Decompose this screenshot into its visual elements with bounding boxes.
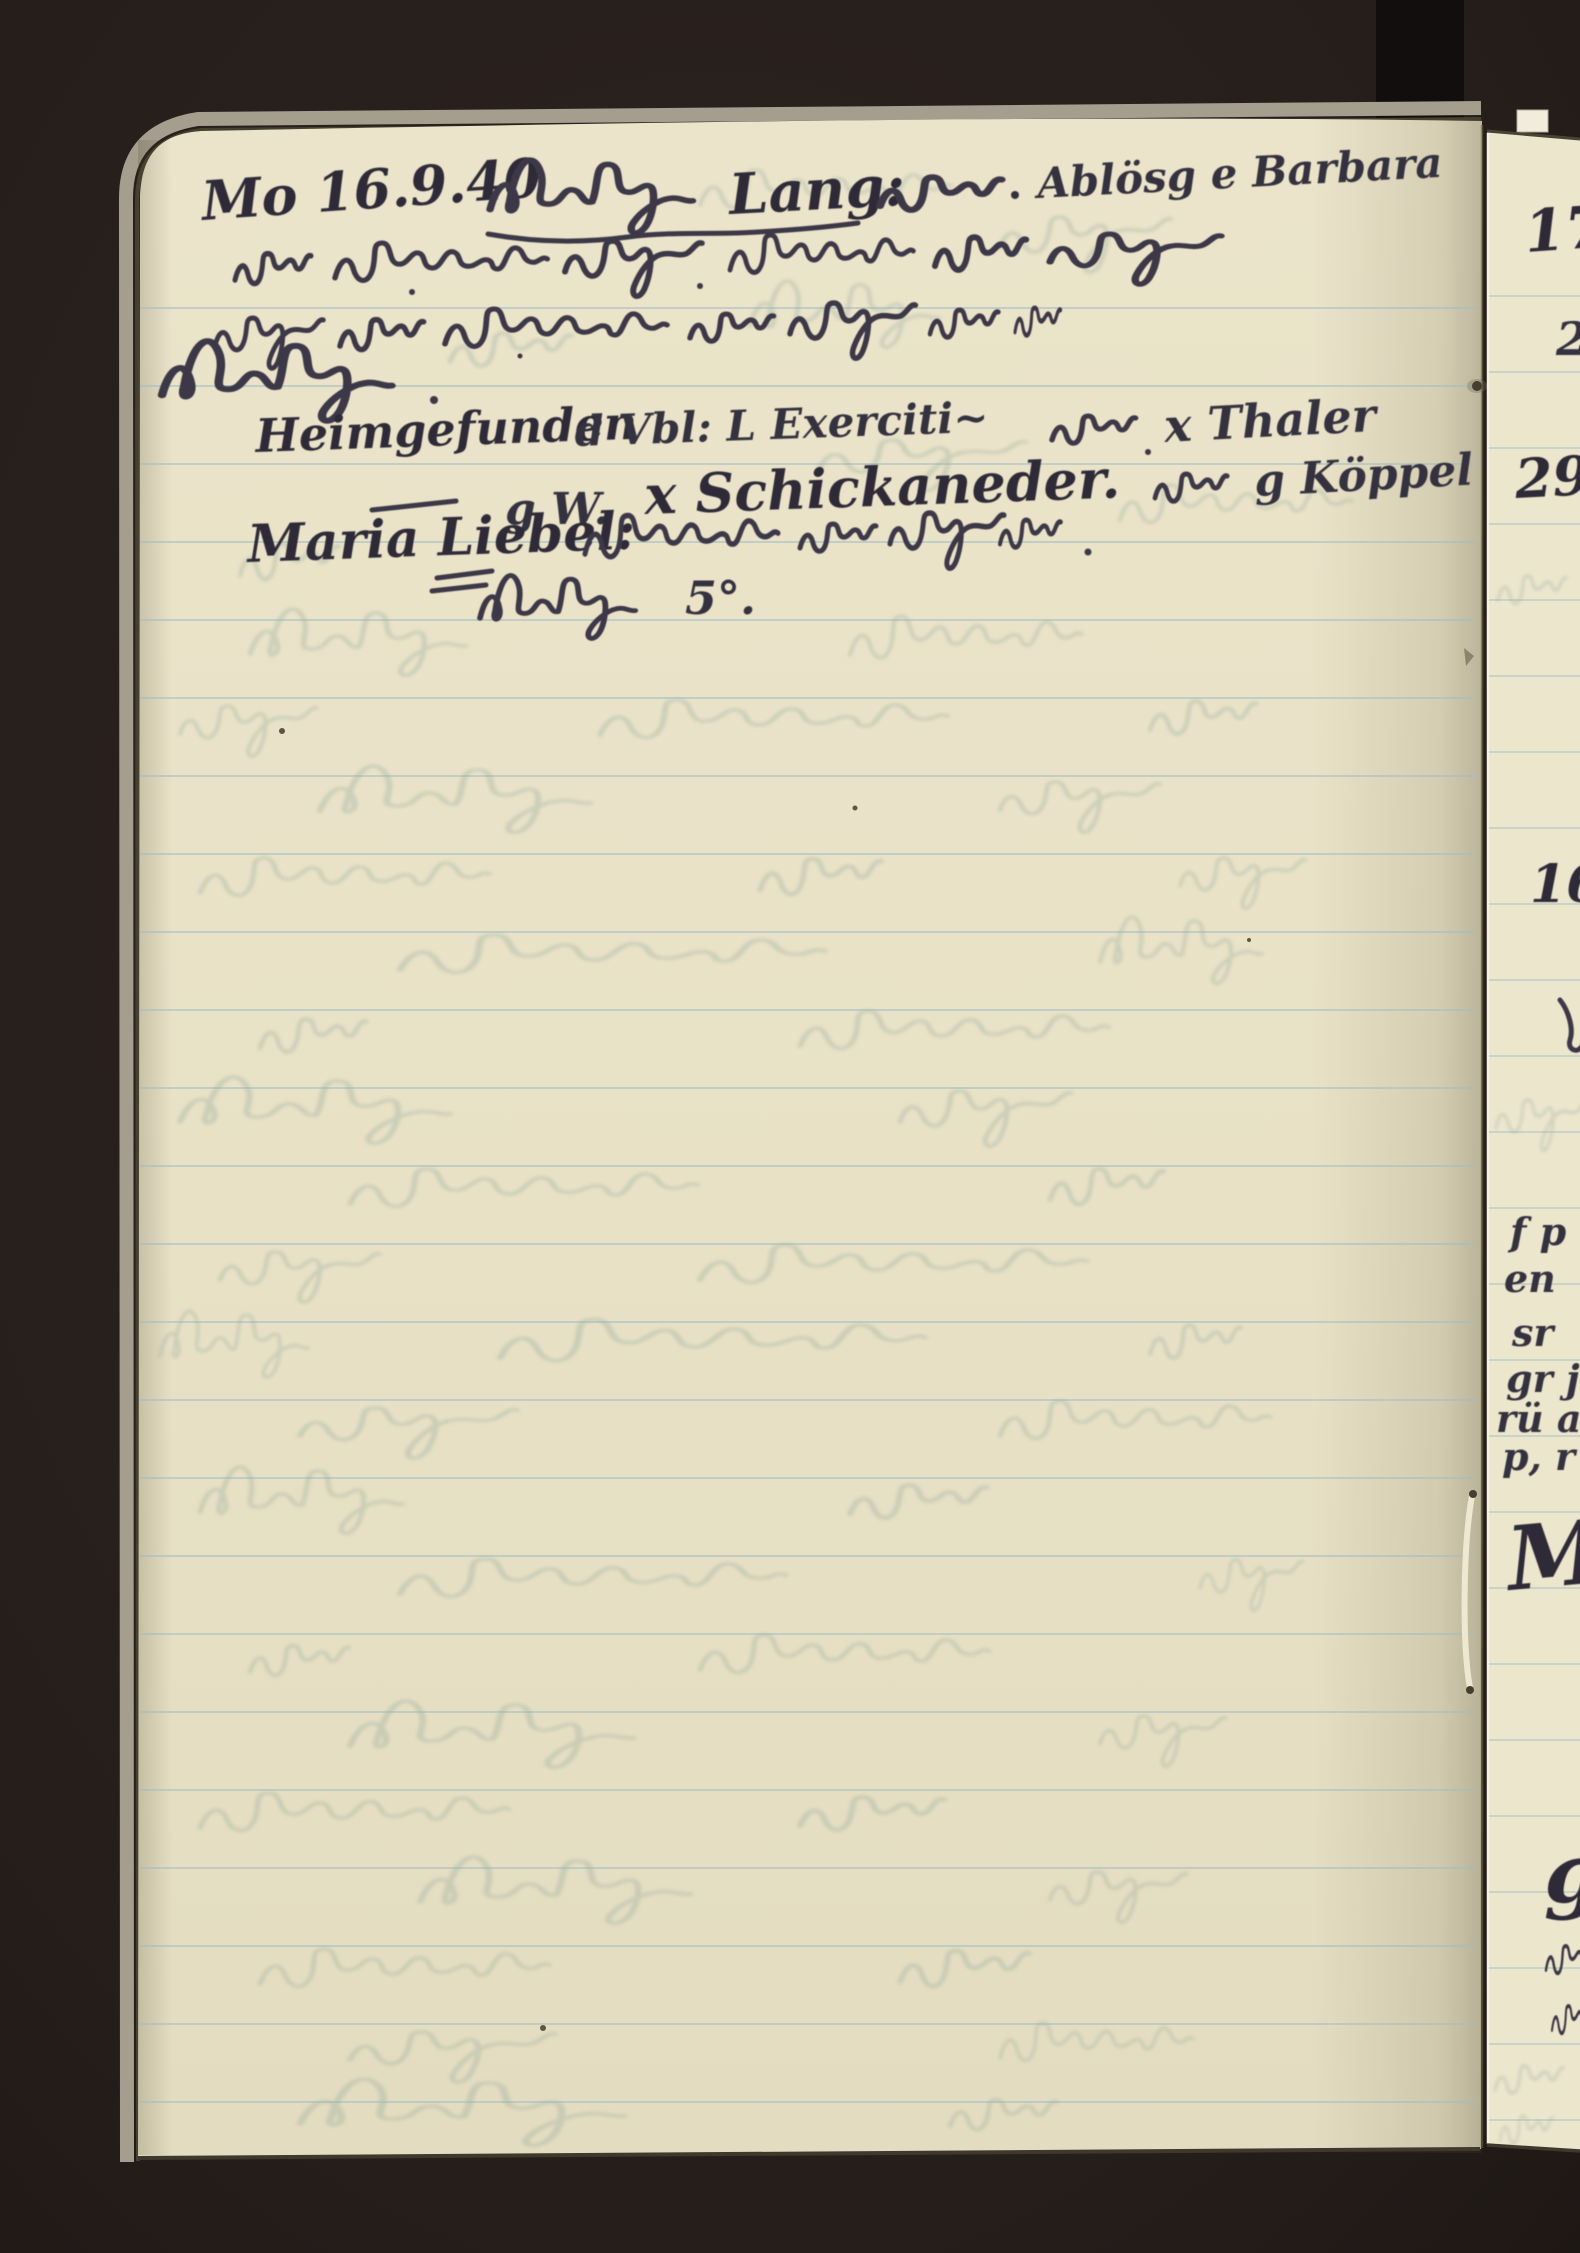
- left-page-inner-shadow: [138, 140, 172, 2155]
- notebook-scan: Mo 16.9.40 Lang: Ablösg e Barbara: [0, 0, 1580, 2253]
- sewing-hole-top: [1472, 381, 1482, 391]
- page-marker-tab: [1517, 110, 1548, 132]
- temperature-note: 5°.: [685, 571, 756, 625]
- scan-canvas: Mo 16.9.40 Lang: Ablösg e Barbara: [0, 0, 1580, 2253]
- ink-dot: [1011, 191, 1019, 199]
- right-edge-fragment: p, r: [1502, 1434, 1578, 1479]
- ink-dot: [1145, 449, 1151, 455]
- sewing-hole-mid: [1469, 1490, 1477, 1498]
- right-edge-number-29: 29.: [1512, 442, 1580, 511]
- right-edge-number-16: 16: [1530, 854, 1580, 915]
- right-edge-fragment: f p: [1507, 1209, 1567, 1254]
- right-edge-capital-g: g: [1544, 1826, 1580, 1922]
- right-edge-fragment: en: [1504, 1256, 1556, 1301]
- right-edge-fragment: sr: [1511, 1310, 1556, 1355]
- right-edge-fragment: gr j: [1506, 1356, 1580, 1401]
- word-thaler: x Thaler: [1162, 388, 1381, 453]
- right-edge-capital-m: M: [1500, 1499, 1580, 1612]
- sewing-hole-bottom: [1466, 1686, 1474, 1694]
- entry-title-lang: Lang:: [725, 153, 906, 228]
- right-edge-number-2: 2: [1555, 312, 1580, 366]
- right-edge-number-17: 17: [1522, 193, 1580, 266]
